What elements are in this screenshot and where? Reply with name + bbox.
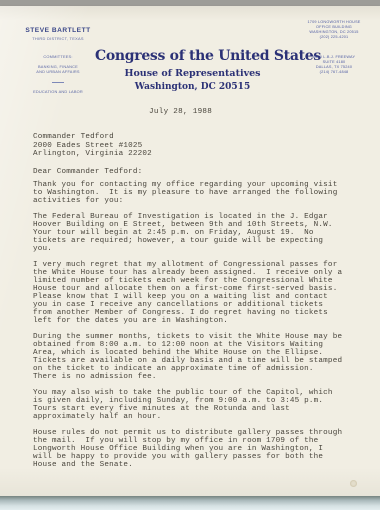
recipient-name: Commander Tedford — [33, 133, 152, 142]
committees-block: COMMITTEES: BANKING, FINANCE AND URBAN A… — [12, 50, 104, 99]
committees-label: COMMITTEES: — [12, 55, 104, 60]
paragraph-gallery-passes: House rules do not permit us to distribu… — [33, 429, 363, 469]
letter-paper: STEVE BARTLETT THIRD DISTRICT, TEXAS COM… — [0, 6, 380, 497]
paragraph-thank-you: Thank you for contacting my office regar… — [33, 181, 363, 205]
paragraph-white-house-passes: I very much regret that my allotment of … — [33, 261, 363, 325]
scanned-letter-page: STEVE BARTLETT THIRD DISTRICT, TEXAS COM… — [0, 0, 380, 510]
member-name: STEVE BARTLETT — [12, 27, 104, 34]
committee-education: EDUCATION AND LABOR — [12, 90, 104, 95]
committee-divider — [52, 82, 64, 83]
district-office-address: 6500 L.B.J. FREEWAY SUITE 4180 DALLAS, T… — [297, 55, 371, 75]
masthead-line-house: House of Representatives — [95, 68, 290, 79]
salutation: Dear Commander Tedford: — [33, 168, 142, 176]
paper-blemish — [350, 480, 357, 487]
dc-office-address: 1709 LONGWORTH HOUSE OFFICE BUILDING WAS… — [297, 20, 371, 40]
letter-body: Thank you for contacting my office regar… — [33, 181, 363, 477]
committee-banking: BANKING, FINANCE AND URBAN AFFAIRS — [12, 65, 104, 75]
letter-date: July 28, 1988 — [149, 108, 212, 116]
recipient-address-block: Commander Tedford 2000 Eades Street #102… — [33, 133, 152, 159]
office-addresses-block: 1709 LONGWORTH HOUSE OFFICE BUILDING WAS… — [297, 15, 371, 80]
recipient-street: 2000 Eades Street #1025 — [33, 142, 152, 151]
masthead-line-city: Washington, DC 20515 — [95, 82, 290, 92]
member-district: THIRD DISTRICT, TEXAS — [12, 36, 104, 41]
paragraph-capitol-tour: You may also wish to take the public tou… — [33, 389, 363, 421]
masthead-line-congress: Congress of the United States — [95, 48, 290, 64]
scan-background-bottom — [0, 496, 380, 510]
member-info-block: STEVE BARTLETT THIRD DISTRICT, TEXAS COM… — [12, 27, 104, 99]
recipient-city: Arlington, Virginia 22202 — [33, 150, 152, 159]
paragraph-fbi-tour: The Federal Bureau of Investigation is l… — [33, 213, 363, 253]
paragraph-summer-tickets: During the summer months, tickets to vis… — [33, 333, 363, 381]
congress-masthead: Congress of the United States House of R… — [95, 48, 290, 92]
